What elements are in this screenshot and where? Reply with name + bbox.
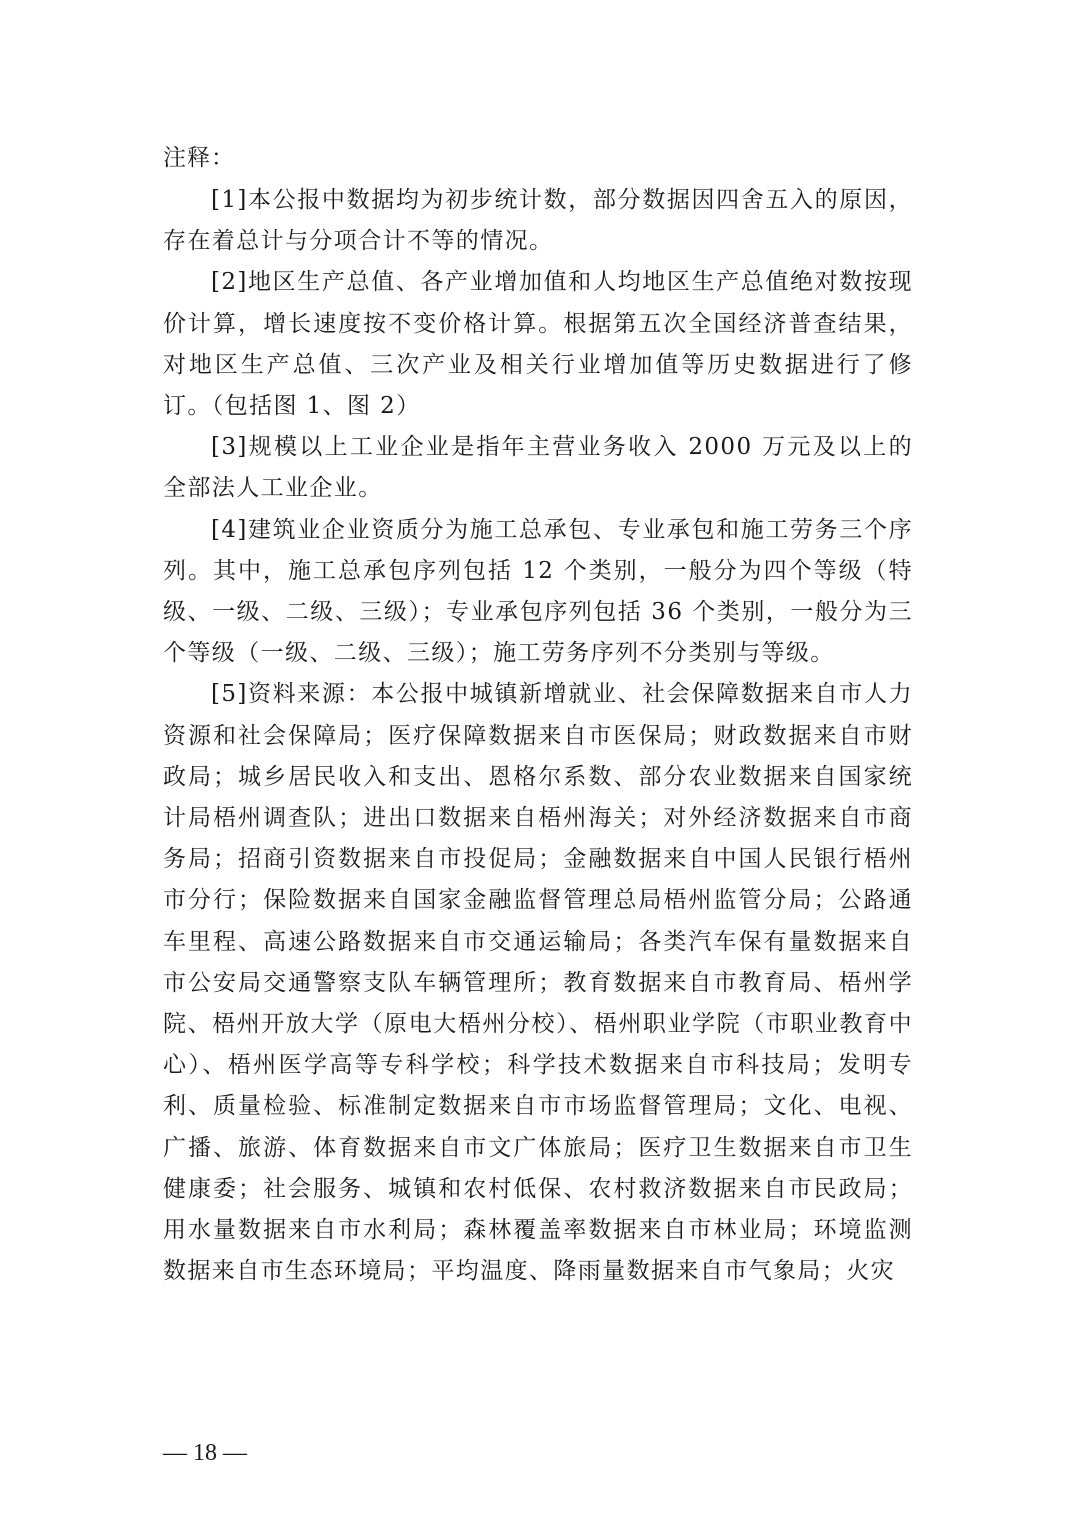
note-5-data-sources: [5]资料来源：本公报中城镇新增就业、社会保障数据来自市人力资源和社会保障局；医… [163,674,913,1292]
document-page: 注释： [1]本公报中数据均为初步统计数，部分数据因四舍五入的原因，存在着总计与… [163,136,913,1292]
note-2: [2]地区生产总值、各产业增加值和人均地区生产总值绝对数按现价计算，增长速度按不… [163,262,913,427]
notes-heading: 注释： [163,136,913,180]
note-3: [3]规模以上工业企业是指年主营业务收入 2000 万元及以上的全部法人工业企业… [163,427,913,509]
note-1: [1]本公报中数据均为初步统计数，部分数据因四舍五入的原因，存在着总计与分项合计… [163,180,913,262]
note-4: [4]建筑业企业资质分为施工总承包、专业承包和施工劳务三个序列。其中，施工总承包… [163,510,913,675]
page-number: — 18 — [163,1438,247,1468]
